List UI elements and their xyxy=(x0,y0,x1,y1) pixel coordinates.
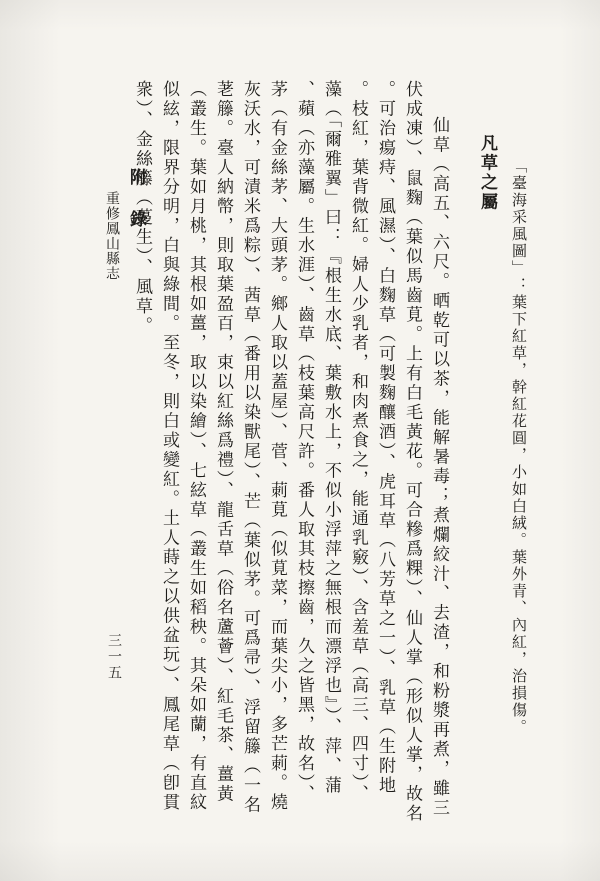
text-column: 藻（「爾雅翼」曰：『根生水底、葉敷水上，不似小浮萍之無根而漂浮也』）、萍、蒲 xyxy=(318,80,345,846)
quote-column: 「臺海采風圖」：葉下紅草，幹紅花圓，小如白絨。葉外青、內紅，治損傷。 xyxy=(505,80,530,846)
section-header: 凡草之屬 xyxy=(474,80,501,846)
text-column: 似絃，限界分明，白與綠間。至冬，則白或變紅。土人蒔之以供盆玩）、鳳尾草（卽貫 xyxy=(156,80,183,846)
text-column: 。可治瘍痔、風濕）、白麴草（可製麴釀酒）、虎耳草（八芳草之一）、乳草（生附地 xyxy=(372,80,399,846)
text-column: 仙草（高五、六尺。晒乾可以茶，能解暑毒；煮爛絞汁、去渣，和粉漿再煮，雖三 xyxy=(426,80,453,846)
page-number: 三一五 xyxy=(103,633,123,681)
text-column: 荖籐。臺人納幣，則取葉盈百，束以紅絲爲禮）、龍舌草（俗名蘆薈）、紅毛茶、薑黃 xyxy=(210,80,237,846)
text-column: 。枝紅，葉背微紅。婦人少乳者，和肉煮食之，能通乳竅）、含羞草（高三、四寸）、 xyxy=(345,80,372,846)
text-column: 茅（有金絲茅、大頭茅。鄉人取以蓋屋）、菅、莿莧（似莧菜，而葉尖小，多芒莿。燒 xyxy=(264,80,291,846)
margin-book-title: 重修鳳山縣志 xyxy=(101,191,121,281)
margin-section-label: 附 錄 xyxy=(124,168,149,231)
text-column: 灰沃水，可漬米爲粽）、茜草（番用以染獸尾）、芒（葉似茅。可爲帚）、浮留籐（一名 xyxy=(237,80,264,846)
text-column: （叢生。葉如月桃，其根如薑，取以染繪）、七絃草（叢生如稻秧。其朵如蘭，有直紋 xyxy=(183,80,210,846)
page-body-text: 「臺海采風圖」：葉下紅草，幹紅花圓，小如白絨。葉外青、內紅，治損傷。 凡草之屬 … xyxy=(129,80,530,846)
text-column: 伏成凍）、鼠麴（葉似馬齒莧。上有白毛黃花。可合糝爲粿）、仙人掌（形似人掌，故名 xyxy=(399,80,426,846)
text-column: 、蘋（亦藻屬。生水涯）、齒草（枝葉高尺許。番人取其枝擦齒，久之皆黑，故名）、 xyxy=(291,80,318,846)
scanned-book-page: 「臺海采風圖」：葉下紅草，幹紅花圓，小如白絨。葉外青、內紅，治損傷。 凡草之屬 … xyxy=(0,0,600,881)
